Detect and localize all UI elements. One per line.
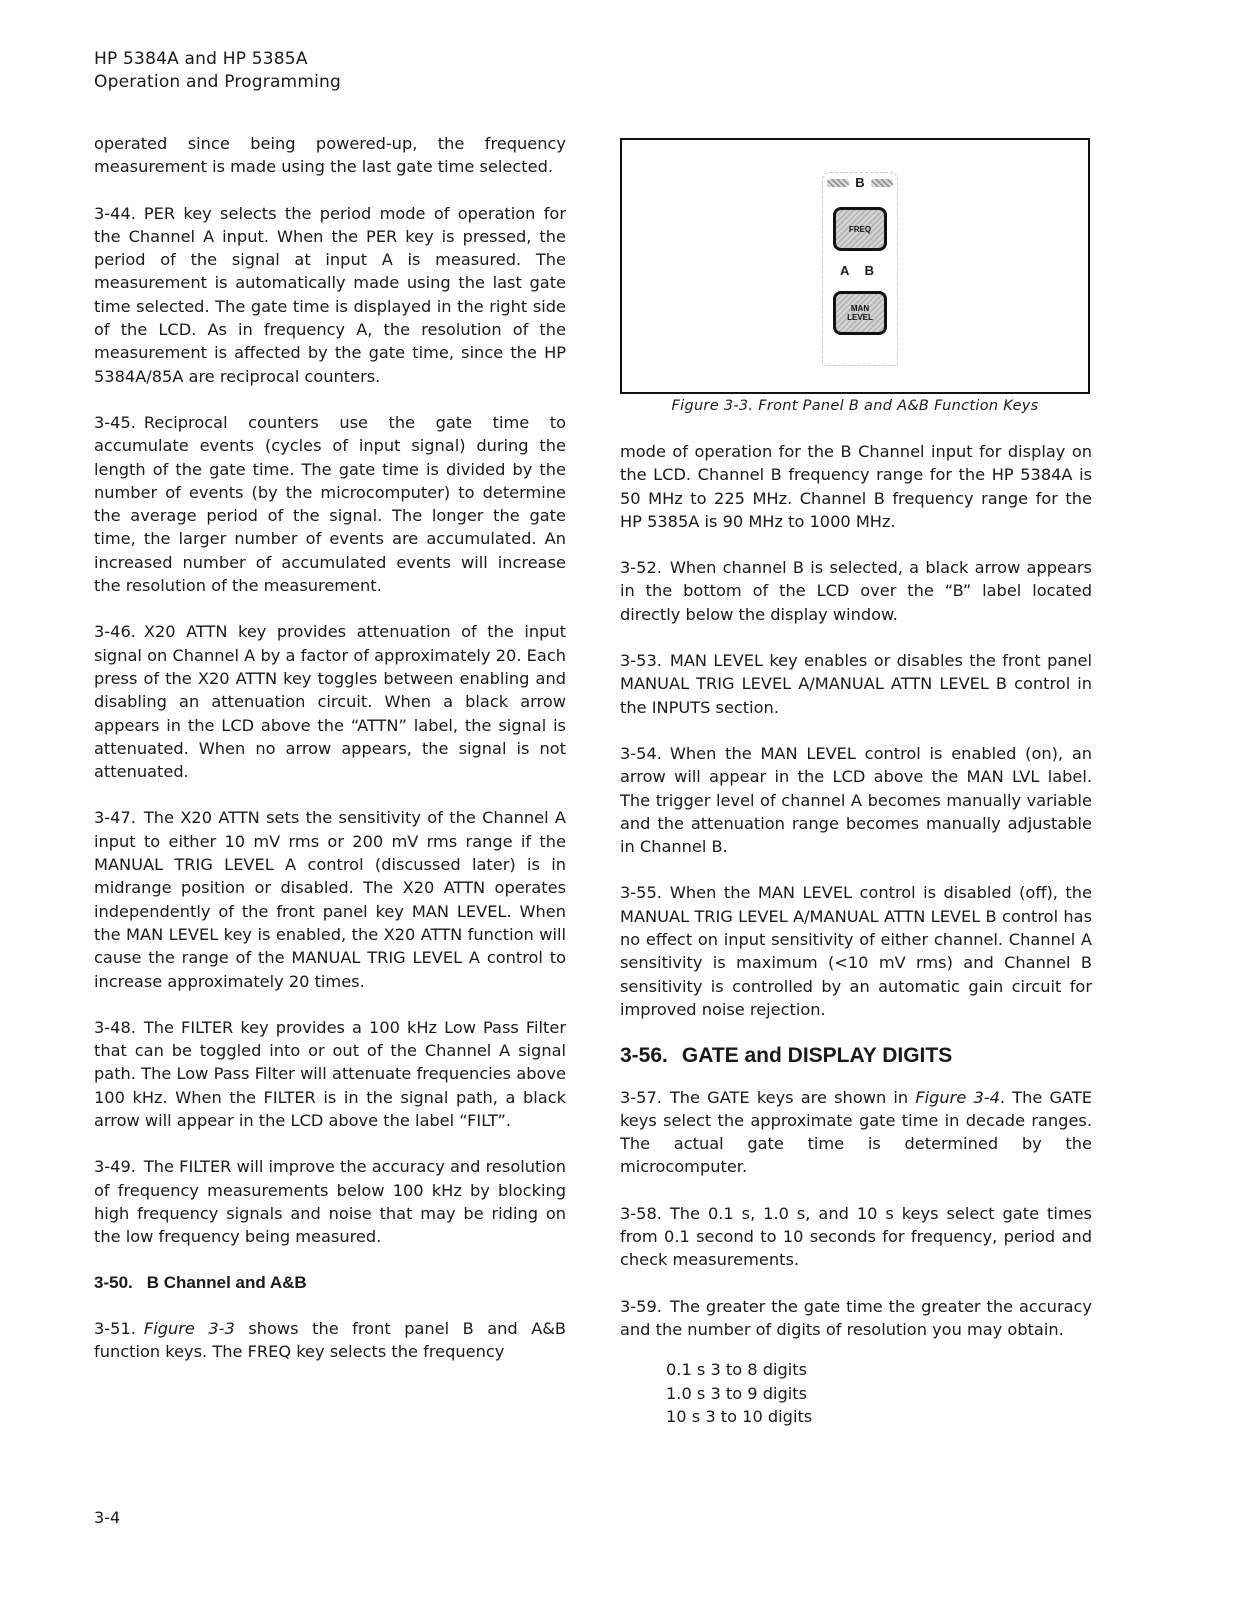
paragraph-text: The X20 ATTN sets the sensitivity of the… [94, 808, 566, 990]
channel-b-label: B [823, 175, 897, 190]
right-column: mode of operation for the B Channel inpu… [620, 440, 1092, 1429]
paragraph-3-46: 3-46.X20 ATTN key provides attenuation o… [94, 620, 566, 783]
paragraph-number: 3-57. [620, 1088, 662, 1107]
paragraph-text: The GATE keys are shown in [670, 1088, 915, 1107]
paragraph-number: 3-47. [94, 808, 136, 827]
front-panel-b-section: B FREQ A B MAN LEVEL [822, 172, 898, 366]
paragraph-3-54: 3-54.When the MAN LEVEL control is enabl… [620, 742, 1092, 858]
figure-caption: Figure 3-3. Front Panel B and A&B Functi… [620, 398, 1090, 414]
paragraph-number: 3-49. [94, 1157, 136, 1176]
paragraph-3-55: 3-55.When the MAN LEVEL control is disab… [620, 881, 1092, 1021]
paragraph-text: The greater the gate time the greater th… [620, 1297, 1092, 1339]
paragraph-number: 3-58. [620, 1204, 662, 1223]
paragraph-3-48: 3-48.The FILTER key provides a 100 kHz L… [94, 1016, 566, 1132]
paragraph-text: When the MAN LEVEL control is disabled (… [620, 883, 1092, 1018]
figure-reference: Figure 3-3 [144, 1319, 235, 1338]
page-number: 3-4 [94, 1508, 120, 1527]
paragraph-3-58: 3-58.The 0.1 s, 1.0 s, and 10 s keys sel… [620, 1202, 1092, 1272]
man-level-key: MAN LEVEL [833, 291, 887, 335]
paragraph-number: 3-53. [620, 651, 662, 670]
gate-digits-item: 1.0 s 3 to 9 digits [666, 1382, 1092, 1406]
paragraph-text: The 0.1 s, 1.0 s, and 10 s keys select g… [620, 1204, 1092, 1270]
paragraph-number: 3-55. [620, 883, 662, 902]
figure-3-3: B FREQ A B MAN LEVEL [620, 138, 1090, 394]
paragraph-3-53: 3-53.MAN LEVEL key enables or disables t… [620, 649, 1092, 719]
paragraph-3-47: 3-47.The X20 ATTN sets the sensitivity o… [94, 806, 566, 992]
gate-digits-item: 10 s 3 to 10 digits [666, 1405, 1092, 1429]
section-heading-3-50: 3-50.B Channel and A&B [94, 1271, 566, 1294]
paragraph-3-51: 3-51.Figure 3-3 shows the front panel B … [94, 1317, 566, 1364]
a-and-b-label: A B [823, 263, 897, 278]
freq-key: FREQ [833, 207, 887, 251]
header-title: HP 5384A and HP 5385A [94, 48, 341, 71]
freq-key-label: FREQ [849, 225, 871, 234]
paragraph-number: 3-51. [94, 1319, 136, 1338]
heading-number: 3-56. [620, 1044, 668, 1067]
key-label-line: LEVEL [847, 313, 873, 322]
paragraph-3-52: 3-52.When channel B is selected, a black… [620, 556, 1092, 626]
paragraph-continuation: operated since being powered-up, the fre… [94, 132, 566, 179]
paragraph-number: 3-54. [620, 744, 662, 763]
heading-number: 3-50. [94, 1273, 133, 1292]
man-level-key-label: MAN LEVEL [847, 304, 873, 322]
paragraph-number: 3-52. [620, 558, 662, 577]
paragraph-number: 3-46. [94, 622, 136, 641]
heading-title: B Channel and A&B [147, 1273, 307, 1292]
paragraph-text: X20 ATTN key provides attenuation of the… [94, 622, 566, 781]
paragraph-text: The FILTER key provides a 100 kHz Low Pa… [94, 1018, 566, 1130]
paragraph-3-57: 3-57.The GATE keys are shown in Figure 3… [620, 1086, 1092, 1179]
paragraph-number: 3-48. [94, 1018, 136, 1037]
left-column: operated since being powered-up, the fre… [94, 132, 566, 1386]
key-label-line: MAN [851, 304, 869, 313]
paragraph-3-45: 3-45.Reciprocal counters use the gate ti… [94, 411, 566, 597]
paragraph-number: 3-44. [94, 204, 136, 223]
section-heading-3-56: 3-56.GATE and DISPLAY DIGITS [620, 1044, 1092, 1067]
paragraph-continuation: mode of operation for the B Channel inpu… [620, 440, 1092, 533]
paragraph-text: Reciprocal counters use the gate time to… [94, 413, 566, 595]
paragraph-text: The FILTER will improve the accuracy and… [94, 1157, 566, 1246]
paragraph-3-59: 3-59.The greater the gate time the great… [620, 1295, 1092, 1342]
paragraph-text: MAN LEVEL key enables or disables the fr… [620, 651, 1092, 717]
paragraph-number: 3-59. [620, 1297, 662, 1316]
gate-digits-item: 0.1 s 3 to 8 digits [666, 1358, 1092, 1382]
gate-digits-list: 0.1 s 3 to 8 digits 1.0 s 3 to 9 digits … [666, 1358, 1092, 1429]
paragraph-text: PER key selects the period mode of opera… [94, 204, 566, 386]
paragraph-3-49: 3-49.The FILTER will improve the accurac… [94, 1155, 566, 1248]
running-header: HP 5384A and HP 5385A Operation and Prog… [94, 48, 341, 94]
header-subtitle: Operation and Programming [94, 71, 341, 94]
heading-title: GATE and DISPLAY DIGITS [682, 1044, 952, 1067]
paragraph-3-44: 3-44.PER key selects the period mode of … [94, 202, 566, 388]
figure-reference: Figure 3-4 [915, 1088, 1000, 1107]
paragraph-text: When the MAN LEVEL control is enabled (o… [620, 744, 1092, 856]
paragraph-number: 3-45. [94, 413, 136, 432]
paragraph-text: When channel B is selected, a black arro… [620, 558, 1092, 624]
